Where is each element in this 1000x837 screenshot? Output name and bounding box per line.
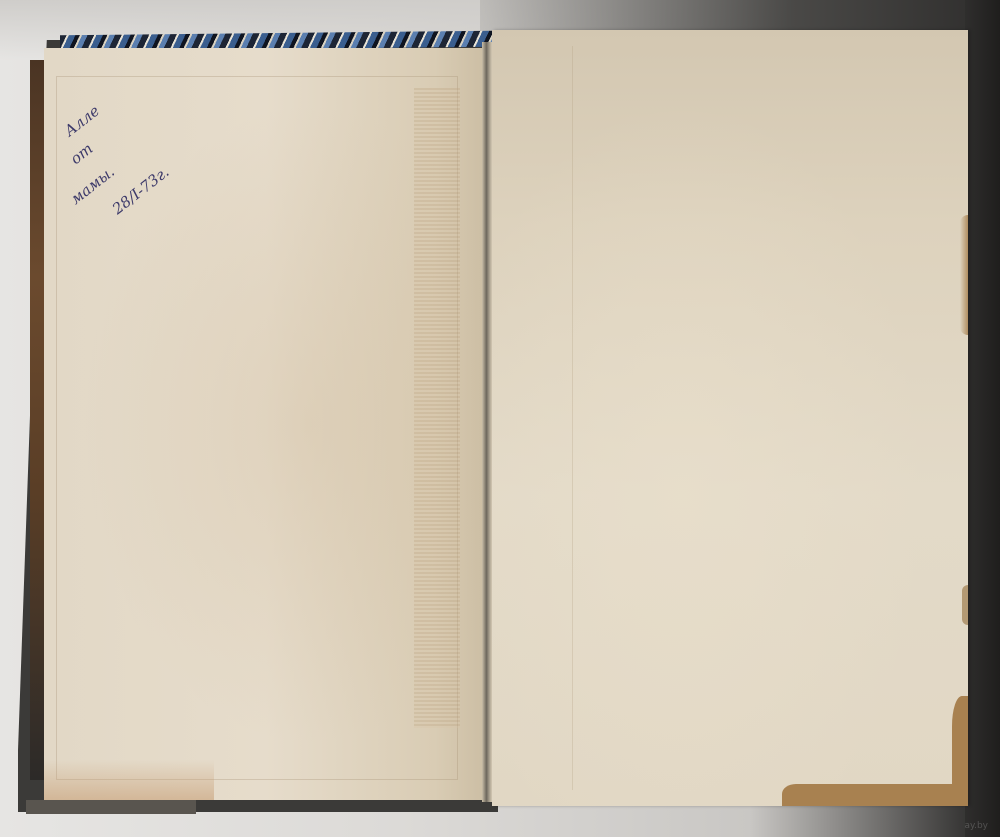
background-shadow xyxy=(480,0,1000,32)
watermark: ay.by xyxy=(965,821,988,831)
corner-water-stain xyxy=(952,696,968,806)
book-gutter xyxy=(482,42,492,802)
hinge-cloth-band xyxy=(414,88,460,728)
handwritten-inscription: Алле от мамы. 28/I-73г. xyxy=(62,92,202,212)
right-edge-stain xyxy=(960,215,968,335)
inscription-line: Алле xyxy=(61,102,103,140)
cover-bottom-edge xyxy=(26,800,196,814)
left-page-stain xyxy=(44,760,214,800)
inscription-line: от xyxy=(67,139,96,168)
right-page-crease xyxy=(572,46,944,790)
inscription-date: 28/I-73г. xyxy=(109,163,173,218)
bottom-water-stain xyxy=(782,784,968,806)
background-dark-edge xyxy=(965,0,1000,837)
right-endpaper xyxy=(492,30,968,806)
right-edge-stain-small xyxy=(962,585,968,625)
